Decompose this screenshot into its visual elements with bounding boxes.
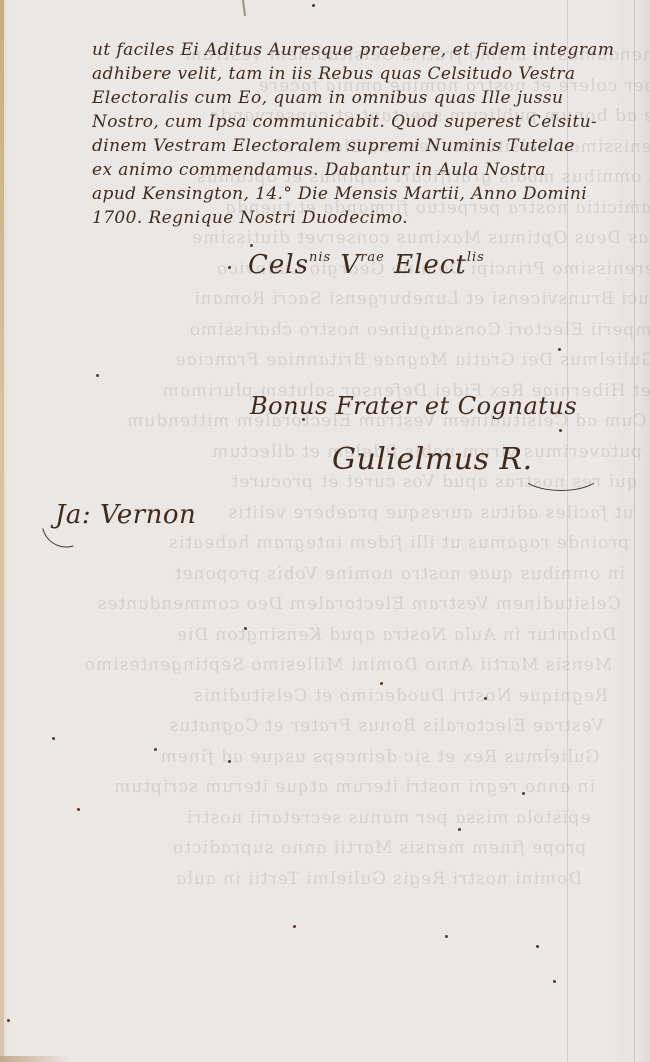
ink-spot (553, 980, 556, 983)
ink-spot (228, 266, 231, 269)
bleed-line: Vestrae Electoralis Bonus Frater et Cogn… (0, 711, 606, 742)
closing-superscript: lis (467, 250, 485, 265)
letter-body: ut faciles Ei Aditus Auresque praebere, … (92, 38, 632, 230)
body-line: Nostro, cum Ipsa communicabit. Quod supe… (92, 110, 632, 134)
body-line: adhibere velit, tam in iis Rebus quas Ce… (92, 62, 632, 86)
closing-part: V (340, 250, 360, 280)
body-line: ut faciles Ei Aditus Auresque praebere, … (92, 38, 632, 62)
ink-spot (380, 682, 383, 685)
bleed-line: proinde rogamus ut illi fidem integram h… (0, 528, 631, 559)
ink-spot (96, 374, 99, 377)
closing-part: Cels (248, 250, 309, 280)
ink-spot (536, 945, 539, 948)
ink-spot (228, 760, 231, 763)
ink-spot (559, 429, 562, 432)
ink-spot (484, 697, 487, 700)
bleed-line: in anno regni nostri iterum atque iterum… (0, 772, 597, 803)
bleed-line: epistola missa per manus secretarii nost… (0, 803, 593, 834)
ink-spot (558, 348, 561, 351)
manuscript-page: commendamus in animo fratris Celsitudine… (0, 0, 650, 1062)
bleed-line: Celsitudinem Vestram Electoralem Deo com… (0, 589, 623, 620)
closing-part: Elect (394, 250, 467, 280)
closing-salutation: Celsnis Vrae Electlis (248, 250, 485, 280)
ink-spot (458, 828, 461, 831)
body-line: dinem Vestram Electoralem supremi Numini… (92, 134, 632, 158)
bleed-line: Domini nostri Regis Gulielmi Tertii in a… (0, 864, 584, 895)
bleed-line: Dabantur in Aula Nostra apud Kensington … (0, 620, 619, 651)
bleed-line: Gulielmus Dei Gratia Magnae Britanniae F… (13, 345, 650, 376)
closing-superscript: nis (309, 250, 331, 265)
ink-spot (244, 627, 247, 630)
ink-spot (445, 935, 448, 938)
bleed-line: Imperii Electori Consanguineo nostro cha… (17, 315, 650, 346)
ink-spot (7, 1019, 10, 1022)
body-line: 1700. Regnique Nostri Duodecimo. (92, 206, 632, 230)
bleed-line: Regnique Nostri Duodecimo et Celsitudini… (0, 681, 610, 712)
ink-spot (250, 244, 253, 247)
stray-pen-stroke (242, 0, 246, 16)
closing-superscript: rae (360, 250, 385, 265)
bleed-line: prope finem mensis Martii anno supradict… (0, 833, 589, 864)
body-line: Electoralis cum Eo, quam in omnibus quas… (92, 86, 632, 110)
signature-flourish (520, 455, 602, 491)
bleed-line: in omnibus quae nostro nomine Vobis prop… (0, 559, 627, 590)
bleed-line: Duci Brunsvicensi et Luneburgensi Sacri … (21, 284, 650, 315)
bleed-line: Mensis Martii Anno Domini Millesimo Sept… (0, 650, 614, 681)
page-bottom-stain (0, 1056, 70, 1062)
body-line: apud Kensington, 14.° Die Mensis Martii,… (92, 182, 632, 206)
body-line: ex animo commendamus. Dabantur in Aula N… (92, 158, 632, 182)
signature-phrase: Bonus Frater et Cognatus (250, 392, 577, 420)
ink-spot (154, 748, 157, 751)
ink-spot (77, 808, 80, 811)
bleed-line: Gulielmus Rex et sic deinceps usque ad f… (0, 742, 601, 773)
ink-spot (312, 4, 315, 7)
ink-spot (52, 737, 55, 740)
ink-spot (293, 925, 296, 928)
royal-signature: Gulielmus R. (332, 442, 533, 477)
ink-spot (522, 792, 525, 795)
